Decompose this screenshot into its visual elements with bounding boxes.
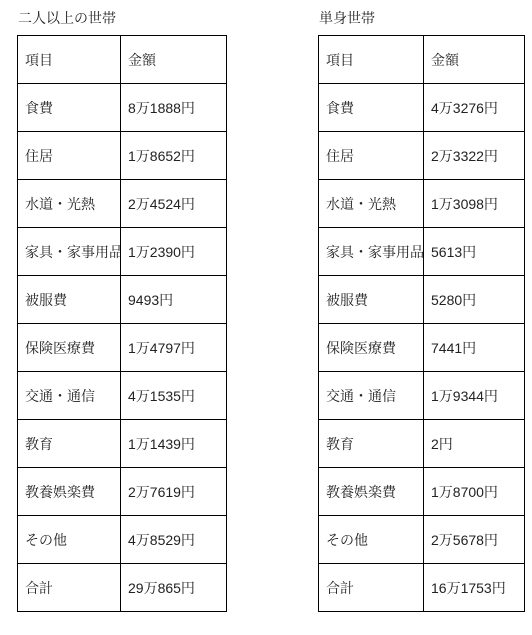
table-row: 住居2万3322円 xyxy=(319,132,525,180)
item-cell: 住居 xyxy=(319,132,424,180)
item-cell: 合計 xyxy=(18,564,121,612)
table-row: 交通・通信1万9344円 xyxy=(319,372,525,420)
table-row: 家具・家事用品1万2390円 xyxy=(18,228,227,276)
amount-cell: 16万1753円 xyxy=(424,564,525,612)
document-page: 二人以上の世帯 項目金額食費8万1888円住居1万8652円水道・光熱2万452… xyxy=(0,0,532,635)
item-cell: 教育 xyxy=(319,420,424,468)
amount-cell: 1万8700円 xyxy=(424,468,525,516)
table-row: 教養娯楽費1万8700円 xyxy=(319,468,525,516)
item-column-header: 項目 xyxy=(319,36,424,84)
amount-cell: 5280円 xyxy=(424,276,525,324)
amount-cell: 2万4524円 xyxy=(121,180,227,228)
expense-table-multi-person: 項目金額食費8万1888円住居1万8652円水道・光熱2万4524円家具・家事用… xyxy=(17,35,227,612)
table-row: 水道・光熱2万4524円 xyxy=(18,180,227,228)
amount-cell: 1万2390円 xyxy=(121,228,227,276)
table-row: 合計16万1753円 xyxy=(319,564,525,612)
table-row: 食費8万1888円 xyxy=(18,84,227,132)
item-cell: 水道・光熱 xyxy=(319,180,424,228)
item-cell: 家具・家事用品 xyxy=(18,228,121,276)
amount-cell: 5613円 xyxy=(424,228,525,276)
table-row: 教育1万1439円 xyxy=(18,420,227,468)
table-block-single-household: 単身世帯 項目金額食費4万3276円住居2万3322円水道・光熱1万3098円家… xyxy=(318,10,525,612)
table-row: 住居1万8652円 xyxy=(18,132,227,180)
amount-cell: 1万9344円 xyxy=(424,372,525,420)
item-cell: その他 xyxy=(319,516,424,564)
item-cell: 被服費 xyxy=(319,276,424,324)
table-row: その他4万8529円 xyxy=(18,516,227,564)
item-cell: 水道・光熱 xyxy=(18,180,121,228)
amount-cell: 1万3098円 xyxy=(424,180,525,228)
table-row: 食費4万3276円 xyxy=(319,84,525,132)
table-row: その他2万5678円 xyxy=(319,516,525,564)
item-cell: 合計 xyxy=(319,564,424,612)
item-cell: 教育 xyxy=(18,420,121,468)
amount-cell: 2万7619円 xyxy=(121,468,227,516)
amount-cell: 2万3322円 xyxy=(424,132,525,180)
table-block-multi-person-household: 二人以上の世帯 項目金額食費8万1888円住居1万8652円水道・光熱2万452… xyxy=(17,10,227,612)
amount-cell: 29万865円 xyxy=(121,564,227,612)
item-cell: 交通・通信 xyxy=(18,372,121,420)
item-cell: 保険医療費 xyxy=(18,324,121,372)
header-row: 項目金額 xyxy=(18,36,227,84)
item-column-header: 項目 xyxy=(18,36,121,84)
table-title-single: 単身世帯 xyxy=(319,10,525,26)
amount-cell: 2円 xyxy=(424,420,525,468)
table-row: 水道・光熱1万3098円 xyxy=(319,180,525,228)
table-row: 保険医療費1万4797円 xyxy=(18,324,227,372)
item-cell: 教養娯楽費 xyxy=(18,468,121,516)
amount-cell: 4万3276円 xyxy=(424,84,525,132)
table-row: 教育2円 xyxy=(319,420,525,468)
item-cell: 交通・通信 xyxy=(319,372,424,420)
table-row: 教養娯楽費2万7619円 xyxy=(18,468,227,516)
table-row: 合計29万865円 xyxy=(18,564,227,612)
table-row: 保険医療費7441円 xyxy=(319,324,525,372)
item-cell: 教養娯楽費 xyxy=(319,468,424,516)
expense-table-single: 項目金額食費4万3276円住居2万3322円水道・光熱1万3098円家具・家事用… xyxy=(318,35,525,612)
amount-cell: 7441円 xyxy=(424,324,525,372)
table-row: 被服費5280円 xyxy=(319,276,525,324)
header-row: 項目金額 xyxy=(319,36,525,84)
item-cell: 食費 xyxy=(18,84,121,132)
item-cell: 食費 xyxy=(319,84,424,132)
item-cell: 被服費 xyxy=(18,276,121,324)
amount-cell: 9493円 xyxy=(121,276,227,324)
amount-cell: 1万8652円 xyxy=(121,132,227,180)
item-cell: 家具・家事用品 xyxy=(319,228,424,276)
amount-column-header: 金額 xyxy=(424,36,525,84)
amount-cell: 1万4797円 xyxy=(121,324,227,372)
amount-cell: 4万1535円 xyxy=(121,372,227,420)
table-row: 交通・通信4万1535円 xyxy=(18,372,227,420)
amount-cell: 8万1888円 xyxy=(121,84,227,132)
amount-cell: 4万8529円 xyxy=(121,516,227,564)
table-row: 被服費9493円 xyxy=(18,276,227,324)
item-cell: その他 xyxy=(18,516,121,564)
amount-column-header: 金額 xyxy=(121,36,227,84)
table-row: 家具・家事用品5613円 xyxy=(319,228,525,276)
amount-cell: 2万5678円 xyxy=(424,516,525,564)
table-title-multi-person: 二人以上の世帯 xyxy=(18,10,227,26)
item-cell: 住居 xyxy=(18,132,121,180)
item-cell: 保険医療費 xyxy=(319,324,424,372)
amount-cell: 1万1439円 xyxy=(121,420,227,468)
